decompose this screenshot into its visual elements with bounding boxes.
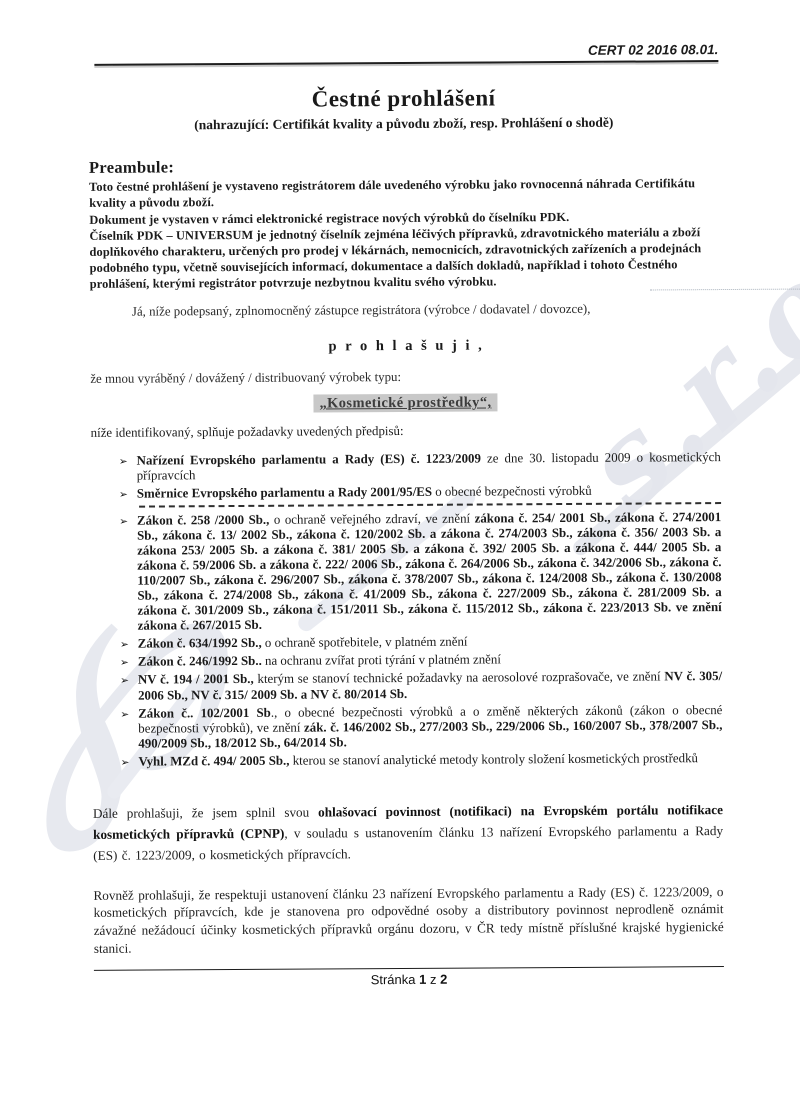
arrow-bullet-icon: ➢ — [121, 755, 130, 770]
regulation-item: ➢ Nařízení Evropského parlamentu a Rady … — [119, 450, 721, 484]
regulation-text: Zákon č. 246/1992 Sb.. na ochranu zvířat… — [138, 651, 722, 670]
page-title: Čestné prohlášení — [89, 84, 719, 114]
product-type-highlight: „Kosmetické prostředky“, — [313, 394, 497, 413]
arrow-bullet-icon: ➢ — [120, 655, 129, 670]
regulations-divider — [139, 502, 721, 508]
preamble-paragraph: Toto čestné prohlášení je vystaveno regi… — [89, 176, 719, 211]
regulation-text: Zákon č.. 102/2001 Sb., o obecné bezpečn… — [138, 703, 722, 752]
regulation-text: Zákon č. 258 /2000 Sb., o ochraně veřejn… — [137, 510, 722, 634]
scan-dotted-line — [650, 289, 800, 291]
regulation-item: ➢ Zákon č.. 102/2001 Sb., o obecné bezpe… — [120, 703, 722, 752]
regulation-item: ➢ Zákon č. 634/1992 Sb., o ochraně spotř… — [120, 633, 722, 652]
regulation-item: ➢ Zákon č. 246/1992 Sb.. na ochranu zvíř… — [120, 651, 722, 670]
notification-paragraph: Dále prohlašuji, že jsem splnil svou ohl… — [93, 800, 723, 866]
document-page: ℘ s.r.o. CERT 02 2016 08.01. Čestné proh… — [0, 0, 800, 1100]
preamble-paragraph: Číselník PDK – UNIVERSUM je jednotný čís… — [89, 225, 719, 292]
arrow-bullet-icon: ➢ — [119, 487, 128, 502]
page-subtitle: (nahrazující: Certifikát kvality a původ… — [89, 114, 719, 134]
arrow-bullet-icon: ➢ — [119, 454, 128, 484]
arrow-bullet-icon: ➢ — [120, 673, 129, 703]
regulation-text: Zákon č. 634/1992 Sb., o ochraně spotřeb… — [138, 633, 722, 652]
regulation-item: ➢ NV č. 194 / 2001 Sb., kterým se stanov… — [120, 670, 722, 704]
header-rule — [94, 60, 718, 66]
regulation-text: Nařízení Evropského parlamentu a Rady (E… — [137, 450, 721, 484]
arrow-bullet-icon: ➢ — [119, 513, 129, 634]
regulation-text: Směrnice Evropského parlamentu a Rady 20… — [137, 483, 721, 502]
declaration-verb: p r o h l a š u j i , — [90, 336, 720, 357]
regulations-list: ➢ Nařízení Evropského parlamentu a Rady … — [91, 450, 723, 770]
product-type-row: „Kosmetické prostředky“, — [90, 392, 720, 414]
arrow-bullet-icon: ➢ — [120, 637, 129, 652]
page-number: Stránka 1 z 2 — [94, 970, 724, 989]
arrow-bullet-icon: ➢ — [120, 706, 129, 751]
preamble-heading: Preambule: — [89, 154, 719, 178]
regulation-text: Vyhl. MZd č. 494/ 2005 Sb., kterou se st… — [138, 751, 722, 770]
document-content: CERT 02 2016 08.01. Čestné prohlášení (n… — [0, 0, 800, 1100]
product-intro: že mnou vyráběný / dovážený / distribuov… — [90, 368, 720, 387]
regulation-text: NV č. 194 / 2001 Sb., kterým se stanoví … — [138, 670, 722, 704]
regulation-item: ➢ Směrnice Evropského parlamentu a Rady … — [119, 483, 721, 502]
declaration-outro: níže identifikovaný, splňuje požadavky u… — [91, 422, 721, 441]
declaration-intro: Já, níže podepsaný, zplnomocněný zástupc… — [90, 301, 720, 320]
regulation-item: ➢ Vyhl. MZd č. 494/ 2005 Sb., kterou se … — [121, 751, 723, 770]
supervision-paragraph: Rovněž prohlašuji, že respektuji ustanov… — [93, 883, 723, 958]
doc-code: CERT 02 2016 08.01. — [88, 42, 718, 61]
regulation-item: ➢ Zákon č. 258 /2000 Sb., o ochraně veře… — [119, 510, 722, 634]
